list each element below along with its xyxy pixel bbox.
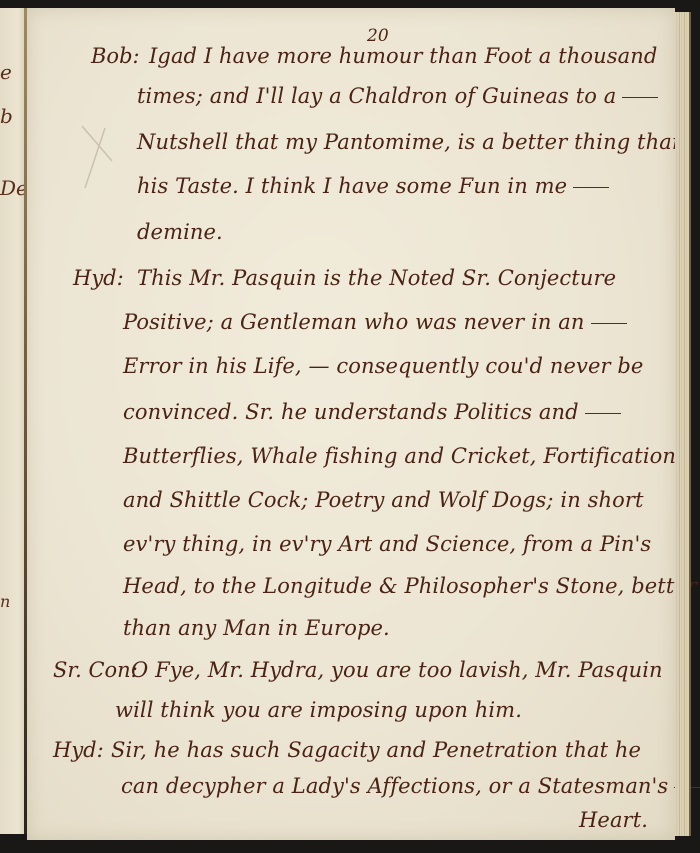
line-filler: [622, 97, 658, 98]
previous-page-edge: e b De n: [0, 8, 27, 834]
speaker-label: Sr. Con:: [53, 658, 138, 682]
catchword: Heart.: [579, 808, 648, 832]
previous-page-fragment: n: [0, 592, 10, 611]
text-line: This Mr. Pasquin is the Noted Sr. Conjec…: [137, 266, 616, 290]
text-line: Igad I have more humour than Foot a thou…: [149, 44, 657, 68]
text-line: O Fye, Mr. Hydra, you are too lavish, Mr…: [131, 658, 663, 682]
folio-number: 20: [367, 26, 389, 46]
previous-page-fragment: b: [0, 104, 13, 128]
text-line: than any Man in Europe.: [123, 616, 390, 640]
manuscript-page: 20 ıı Bob: Igad I have more humour than …: [27, 8, 675, 840]
text-line: times; and I'll lay a Chaldron of Guinea…: [137, 84, 658, 108]
line-filler: [585, 413, 621, 414]
text-line: can decypher a Lady's Affections, or a S…: [121, 774, 700, 798]
text-line: convinced. Sr. he understands Politics a…: [123, 400, 621, 424]
text-line: Nutshell that my Pantomime, is a better …: [137, 130, 685, 154]
pencil-cross-mark-icon: [77, 116, 117, 196]
line-filler: [591, 323, 627, 324]
text-line: Sir, he has such Sagacity and Penetratio…: [111, 738, 641, 762]
text-line: Error in his Life, — consequently cou'd …: [123, 354, 643, 378]
line-filler: [573, 187, 609, 188]
speaker-label: Hyd:: [73, 266, 124, 290]
text-line: and Shittle Cock; Poetry and Wolf Dogs; …: [123, 488, 644, 512]
text-line: Positive; a Gentleman who was never in a…: [123, 310, 627, 334]
text-line: his Taste. I think I have some Fun in me: [137, 174, 609, 198]
previous-page-fragment: e: [0, 60, 12, 84]
text-line: demine.: [137, 220, 223, 244]
speaker-label: Bob:: [91, 44, 140, 68]
page-stack-edge: [675, 12, 691, 836]
text-line: Butterflies, Whale fishing and Cricket, …: [123, 444, 676, 468]
speaker-label: Hyd:: [53, 738, 104, 762]
text-line: will think you are imposing upon him.: [115, 698, 522, 722]
text-line: ev'ry thing, in ev'ry Art and Science, f…: [123, 532, 651, 556]
text-line: Head, to the Longitude & Philosopher's S…: [123, 574, 697, 598]
